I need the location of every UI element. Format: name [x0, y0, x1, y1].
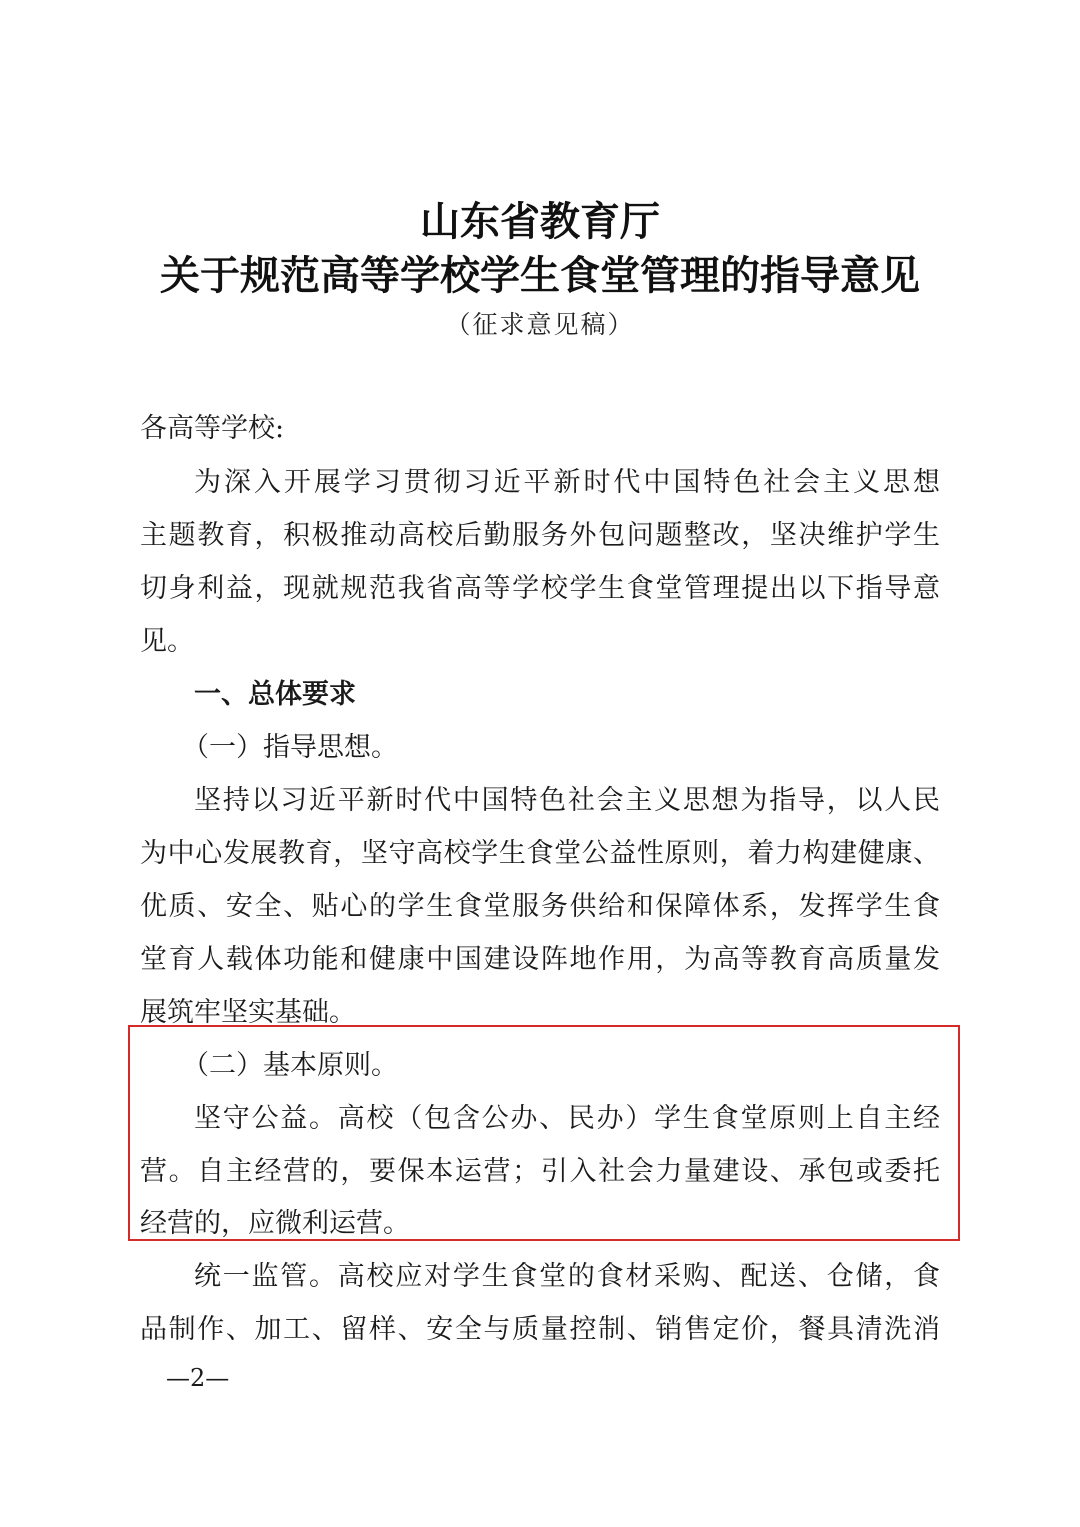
ideology-line-1: 坚持以习近平新时代中国特色社会主义思想为指导，以人民 — [194, 783, 940, 819]
ideology-line-4: 堂育人载体功能和健康中国建设阵地作用，为高等教育高质量发 — [140, 942, 940, 978]
document-title-main: 关于规范高等学校学生食堂管理的指导意见 — [0, 244, 1080, 301]
section-heading-general-requirements: 一、总体要求 — [194, 677, 940, 713]
principles-line-1: 坚守公益。高校（包含公办、民办）学生食堂原则上自主经 — [194, 1101, 940, 1137]
ideology-line-2: 为中心发展教育，坚守高校学生食堂公益性原则，着力构建健康、 — [140, 836, 940, 872]
document-subtitle-draft: （征求意见稿） — [0, 305, 1080, 341]
subsection-heading-basic-principles: （二）基本原则。 — [182, 1048, 940, 1084]
supervision-line-2: 品制作、加工、留样、安全与质量控制、销售定价，餐具清洗消 — [140, 1312, 940, 1348]
ideology-line-3: 优质、安全、贴心的学生食堂服务供给和保障体系，发挥学生食 — [140, 889, 940, 925]
subsection-heading-guiding-ideology: （一）指导思想。 — [182, 730, 940, 766]
supervision-line-1: 统一监管。高校应对学生食堂的食材采购、配送、仓储，食 — [194, 1259, 940, 1295]
intro-line-1: 为深入开展学习贯彻习近平新时代中国特色社会主义思想 — [194, 465, 940, 501]
document-title-issuer: 山东省教育厅 — [0, 190, 1080, 247]
intro-line-3: 切身利益，现就规范我省高等学校学生食堂管理提出以下指导意 — [140, 571, 940, 607]
principles-line-2: 营。自主经营的，要保本运营；引入社会力量建设、承包或委托 — [140, 1154, 940, 1190]
document-page: 山东省教育厅 关于规范高等学校学生食堂管理的指导意见 （征求意见稿） 各高等学校… — [0, 0, 1080, 1527]
intro-line-4: 见。 — [140, 624, 940, 660]
intro-line-2: 主题教育，积极推动高校后勤服务外包问题整改，坚决维护学生 — [140, 518, 940, 554]
page-number: —2— — [166, 1364, 229, 1392]
principles-line-3: 经营的，应微利运营。 — [140, 1206, 940, 1242]
salutation: 各高等学校: — [140, 411, 940, 447]
